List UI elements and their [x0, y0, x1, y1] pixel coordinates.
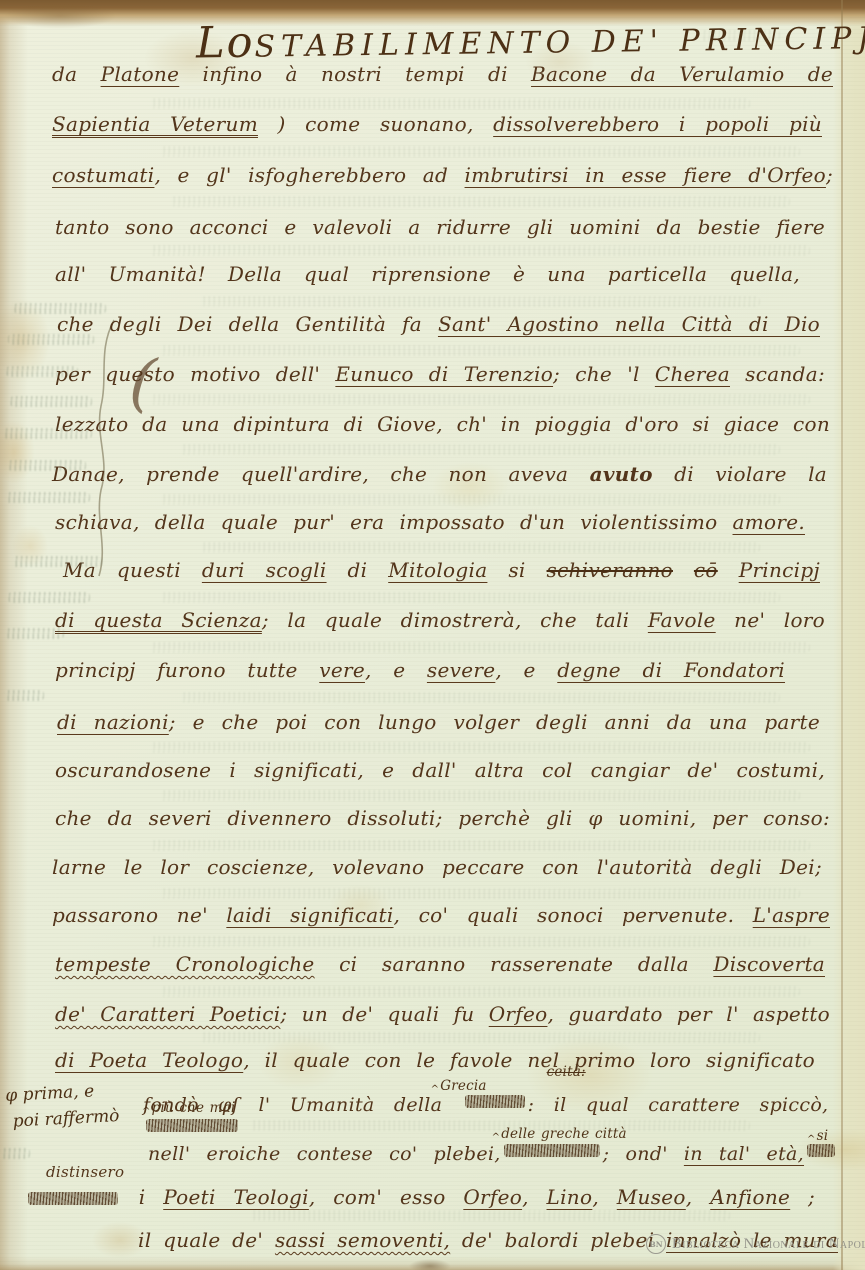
text-segment: ; ond' [603, 1143, 684, 1165]
text-segment: sassi semoventi, [275, 1228, 450, 1252]
bleedthrough-text [180, 444, 780, 455]
text-segment [718, 558, 739, 582]
text-segment: Discoverta [713, 952, 825, 976]
text-segment: all' Umanità! Della qual riprensione è u… [55, 262, 800, 286]
manuscript-line: schiava, della quale pur' era impossato … [55, 510, 805, 535]
bleedthrough-text [250, 1210, 730, 1221]
manuscript-line: fondò φſ l' Umanità della ^Greciaceità::… [143, 1094, 838, 1142]
text-segment: Sant' Agostino nella Città di Dio [438, 312, 820, 336]
bleedthrough-text [4, 690, 44, 701]
text-segment: , e gl' isfogherebbero ad [154, 163, 464, 187]
text-segment: infino à nostri tempi di [179, 62, 531, 86]
text-segment: Platone [101, 62, 180, 86]
bleedthrough-text [200, 296, 760, 307]
text-segment: ci saranno rasserenate dalla [315, 952, 714, 976]
manuscript-line: tempeste Cronologiche ci saranno rassere… [55, 952, 825, 977]
scribbled-out-word: ^si [807, 1144, 835, 1157]
bleedthrough-text [150, 936, 810, 947]
text-segment [673, 558, 694, 582]
manuscript-line: all' Umanità! Della qual riprensione è u… [55, 262, 800, 287]
text-segment: Principj [739, 558, 820, 582]
bleedthrough-text [180, 692, 780, 703]
bleedthrough-text [160, 790, 800, 801]
manuscript-line: da Platone infino à nostri tempi di Baco… [52, 62, 833, 87]
interline-insertion: ^delle greche città [492, 1126, 627, 1142]
manuscript-line: Sapientia Veterum ) come suonano, dissol… [52, 112, 822, 137]
text-segment: tempeste Cronologiche [55, 952, 315, 976]
manuscript-line: distinsero [46, 1163, 124, 1182]
text-segment: principj furono tutte [55, 658, 319, 682]
text-segment: si [487, 558, 546, 582]
library-watermark: BN Biblioteca Nazionale di Napoli [646, 1234, 865, 1254]
text-segment: ; [790, 1185, 815, 1209]
scribbled-out-word [28, 1192, 118, 1205]
text-segment: de' Caratteri Poetici [55, 1002, 280, 1026]
manuscript-line: Ma questi duri scogli di Mitologia si sc… [63, 558, 820, 583]
title-rest: STABILIMENTO DE' PRINCIPJ. [254, 21, 865, 65]
margin-note: φ prima, e poi raffermò [5, 1077, 120, 1136]
margin-brace [90, 318, 124, 578]
interline-insertion: ^più che mai [142, 1100, 235, 1116]
text-segment: Sapientia Veterum [52, 112, 258, 136]
text-segment: costumati [52, 163, 154, 187]
text-segment: i [121, 1185, 163, 1209]
text-segment: tanto sono acconci e valevoli a ridurre … [55, 215, 825, 239]
bleedthrough-text [8, 592, 90, 603]
text-segment: , co' quali sonoci pervenute. [394, 903, 753, 927]
manuscript-line: Danae, prende quell'ardire, che non avev… [52, 462, 827, 487]
text-segment: di [327, 558, 389, 582]
text-segment: laidi significati [226, 903, 393, 927]
bleedthrough-text [160, 345, 800, 356]
text-segment: Poeti Teologi [163, 1185, 309, 1209]
page-crease [841, 0, 843, 1270]
manuscript-line: passarono ne' laidi significati, co' qua… [52, 903, 830, 928]
text-segment: che da severi divennero dissoluti; perch… [55, 806, 830, 830]
bleedthrough-text [160, 494, 780, 505]
text-segment: , [592, 1185, 616, 1209]
text-segment: ; un de' quali fu [280, 1002, 488, 1026]
manuscript-line: larne le lor coscienze, volevano peccare… [52, 855, 822, 880]
title-word-lo: Lo [196, 18, 255, 69]
text-segment: in tal' età, [684, 1143, 804, 1165]
text-segment: schiava, della quale pur' era impossato … [55, 510, 733, 534]
text-segment: di violare la [653, 462, 827, 486]
text-segment: severe [427, 658, 495, 682]
text-segment: Lino [547, 1185, 593, 1209]
text-segment: Museo [617, 1185, 686, 1209]
text-segment: de' balordi plebei [450, 1228, 666, 1252]
text-segment: duri scogli [202, 558, 327, 582]
text-segment: vere [319, 658, 365, 682]
text-segment: che degli Dei della Gentilità fa [57, 312, 438, 336]
bleedthrough-text [150, 840, 810, 851]
manuscript-line: tanto sono acconci e valevoli a ridurre … [55, 215, 825, 240]
text-segment: , [522, 1185, 546, 1209]
text-segment: ; e che poi con lungo volger degli anni … [169, 710, 820, 734]
interline-insertion: ^Grecia [431, 1078, 487, 1094]
bleedthrough-text [150, 394, 810, 405]
text-segment: ; [826, 163, 833, 187]
text-segment: scanda: [730, 362, 825, 386]
bleedthrough-text [160, 986, 800, 997]
text-segment: di questa Scienza [55, 608, 262, 632]
manuscript-line: i Poeti Teologi, com' esso Orfeo, Lino, … [25, 1185, 815, 1210]
manuscript-line: di nazioni; e che poi con lungo volger d… [57, 710, 820, 735]
text-segment: dissolverebbero i popoli più [493, 112, 822, 136]
text-segment: ; che 'l [553, 362, 655, 386]
text-segment: , e [495, 658, 557, 682]
bleedthrough-text [160, 146, 800, 157]
text-segment: Orfeo [463, 1185, 522, 1209]
text-segment: imbrutirsi in esse fiere d'Orfeo [465, 163, 826, 187]
text-segment: , guardato per l' aspetto [547, 1002, 830, 1026]
library-logo-icon: BN [646, 1234, 666, 1254]
margin-note-line-2: poi raffermò [6, 1103, 120, 1135]
manuscript-line: di Poeta Teologo, il quale con le favole… [55, 1048, 815, 1073]
text-segment: Anfione [710, 1185, 790, 1209]
text-segment: degne di Fondatori [557, 658, 785, 682]
text-segment: Orfeo [489, 1002, 548, 1026]
text-segment: nell' eroiche contese co' plebei, [148, 1143, 501, 1165]
text-segment: oscurandosene i significati, e dall' alt… [55, 758, 825, 782]
interline-insertion: ^si [807, 1128, 828, 1144]
bleedthrough-text [150, 245, 810, 256]
manuscript-line: nell' eroiche contese co' plebei,^delle … [148, 1143, 838, 1167]
text-segment: ; la quale dimostrerà, che tali [262, 608, 648, 632]
manuscript-line: oscurandosene i significati, e dall' alt… [55, 758, 825, 783]
manuscript-line: principj furono tutte vere, e severe, e … [55, 658, 785, 683]
text-segment: : il qual carattere spiccò,^ [528, 1094, 838, 1116]
manuscript-line: costumati, e gl' isfogherebbero ad imbru… [52, 163, 833, 188]
bleedthrough-text [160, 592, 780, 603]
text-segment: Cherea [655, 362, 730, 386]
manuscript-line: di questa Scienza; la quale dimostrerà, … [55, 608, 825, 633]
bleedthrough-text [170, 196, 790, 207]
bleedthrough-text [150, 742, 810, 753]
manuscript-line: de' Caratteri Poetici; un de' quali fu O… [55, 1002, 830, 1027]
text-segment: L'aspre [753, 903, 830, 927]
insertion-caret-icon: ^ [492, 1132, 501, 1143]
scribbled-out-word: ^delle greche città [504, 1144, 600, 1157]
manuscript-page: LoSTABILIMENTO DE' PRINCIPJ. ( φ prima, … [0, 0, 865, 1270]
bleedthrough-text [10, 396, 92, 407]
bleedthrough-text [6, 492, 90, 503]
text-segment: Eunuco di Terenzio [335, 362, 553, 386]
bleedthrough-text [160, 888, 800, 899]
text-segment: , [686, 1185, 710, 1209]
manuscript-line: lezzato da una dipintura di Giove, ch' i… [55, 412, 830, 437]
text-segment: il quale de' [138, 1228, 275, 1252]
text-segment: amore. [733, 510, 805, 534]
text-segment: di nazioni [57, 710, 169, 734]
insertion-caret-icon: ^ [431, 1084, 440, 1095]
text-segment: Ma questi [63, 558, 202, 582]
interline-insertion: ceità: [547, 1064, 586, 1080]
text-segment: ) come suonano, [258, 112, 493, 136]
bleedthrough-text [150, 642, 810, 653]
manuscript-line: che da severi divennero dissoluti; perch… [55, 806, 830, 831]
text-segment: Bacone da Verulamio de [531, 62, 833, 86]
bleedthrough-text [200, 1032, 760, 1043]
text-segment: Mitologia [388, 558, 487, 582]
scribbled-out-word: ^più che mai [146, 1119, 238, 1132]
text-segment: avuto [590, 462, 653, 486]
text-segment: lezzato da una dipintura di Giove, ch' i… [55, 412, 830, 436]
page-title: LoSTABILIMENTO DE' PRINCIPJ. [196, 10, 835, 69]
text-segment: cō [694, 558, 718, 582]
text-segment: Favole [648, 608, 716, 632]
bleedthrough-text [200, 542, 760, 553]
text-segment: ne' loro [716, 608, 825, 632]
text-segment: distinsero [46, 1163, 124, 1181]
manuscript-line: per questo motivo dell' Eunuco di Terenz… [55, 362, 825, 387]
bleedthrough-text [0, 1148, 30, 1159]
insertion-caret-icon: ^ [142, 1106, 151, 1117]
text-segment: passarono ne' [52, 903, 226, 927]
scribbled-out-word: ^Greciaceità: [465, 1095, 525, 1108]
bleedthrough-text [150, 98, 750, 109]
text-segment: da [52, 62, 101, 86]
library-watermark-text: Biblioteca Nazionale di Napoli [672, 1236, 865, 1253]
insertion-caret-icon: ^ [807, 1134, 816, 1145]
text-segment: , e [365, 658, 427, 682]
text-segment: Danae, prende quell'ardire, che non avev… [52, 462, 590, 486]
manuscript-line: che degli Dei della Gentilità fa Sant' A… [57, 312, 820, 337]
text-segment: , com' esso [309, 1185, 463, 1209]
text-segment: , il quale con le favole nel primo loro … [243, 1048, 815, 1072]
text-segment: schiveranno [547, 558, 673, 582]
text-segment: di Poeta Teologo [55, 1048, 243, 1072]
text-segment: per questo motivo dell' [55, 362, 335, 386]
text-segment: larne le lor coscienze, volevano peccare… [52, 855, 822, 879]
